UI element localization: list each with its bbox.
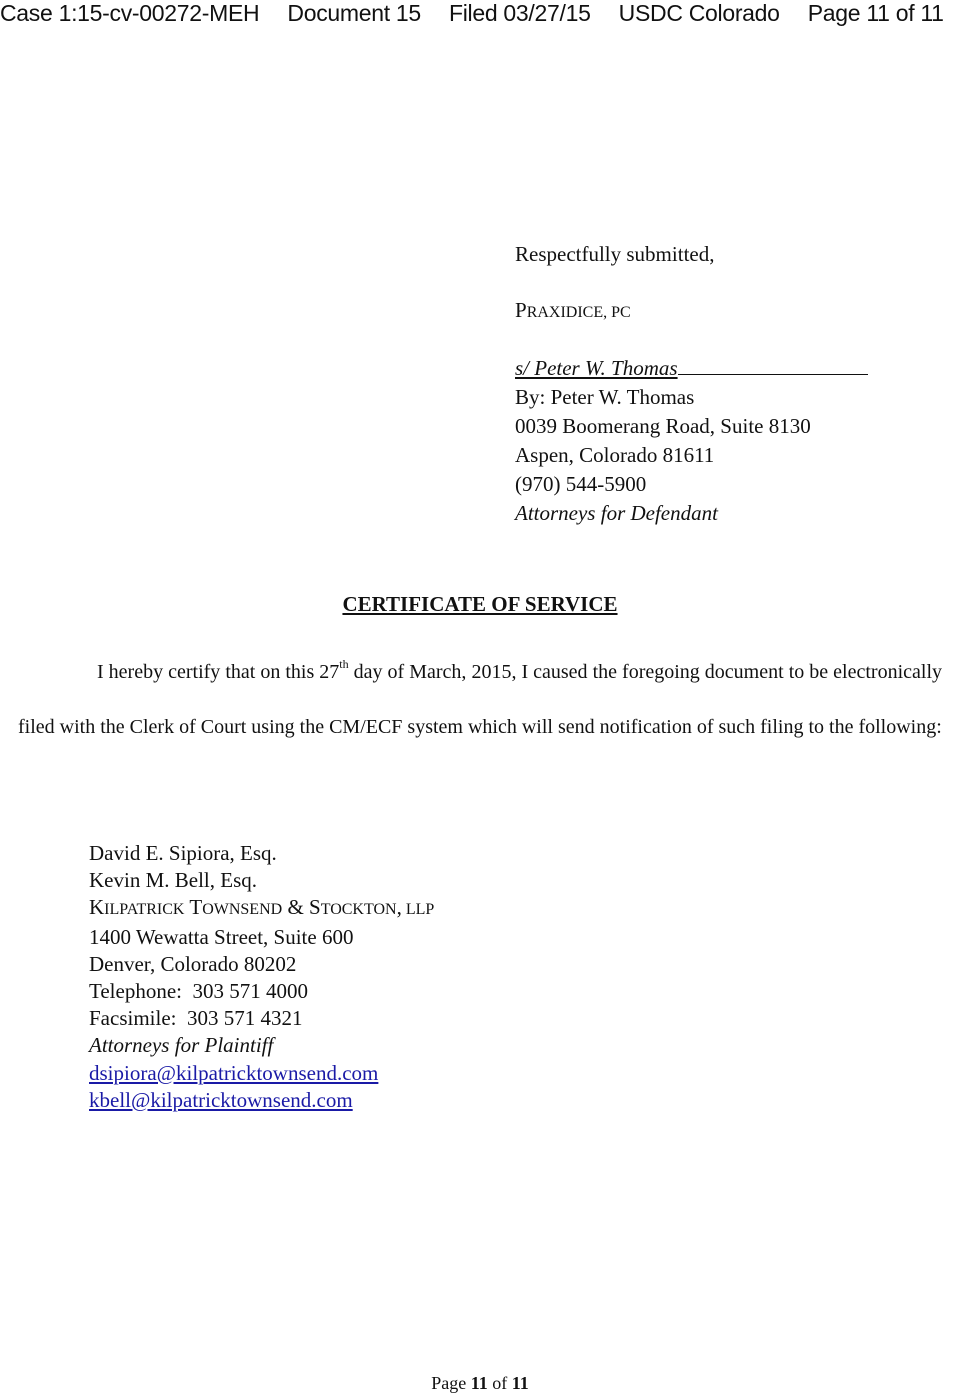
recipient-firm: KILPATRICK TOWNSEND & STOCKTON, LLP bbox=[89, 894, 589, 923]
ecf-header: Case 1:15-cv-00272-MEH Document 15 Filed… bbox=[0, 0, 960, 28]
by-line: By: Peter W. Thomas bbox=[515, 383, 935, 412]
email-link-sipiora[interactable]: dsipiora@kilpatricktownsend.com bbox=[89, 1061, 378, 1085]
signature-line bbox=[678, 358, 868, 375]
case-number: Case 1:15-cv-00272-MEH bbox=[0, 0, 259, 26]
header-page-count: Page 11 of 11 bbox=[808, 0, 944, 26]
service-recipients: David E. Sipiora, Esq. Kevin M. Bell, Es… bbox=[89, 840, 589, 1114]
address-line-1: 0039 Boomerang Road, Suite 8130 bbox=[515, 412, 935, 441]
certificate-paragraph: I hereby certify that on this 27th day o… bbox=[18, 645, 942, 755]
signature-block: Respectfully submitted, PRAXIDICE, PC s/… bbox=[515, 240, 935, 528]
address-line-2: Aspen, Colorado 81611 bbox=[515, 441, 935, 470]
filed-date: Filed 03/27/15 bbox=[449, 0, 591, 26]
recipient-facsimile: Facsimile: 303 571 4321 bbox=[89, 1005, 589, 1032]
firm-name: PRAXIDICE, PC bbox=[515, 296, 935, 327]
certificate-title: CERTIFICATE OF SERVICE bbox=[0, 592, 960, 617]
phone: (970) 544-5900 bbox=[515, 470, 935, 499]
email-link-bell[interactable]: kbell@kilpatricktownsend.com bbox=[89, 1088, 353, 1112]
court-name: USDC Colorado bbox=[619, 0, 780, 26]
closing: Respectfully submitted, bbox=[515, 240, 935, 269]
recipient-name-1: David E. Sipiora, Esq. bbox=[89, 840, 589, 867]
recipient-address-1: 1400 Wewatta Street, Suite 600 bbox=[89, 924, 589, 951]
total-pages: 11 bbox=[512, 1373, 529, 1393]
recipient-telephone: Telephone: 303 571 4000 bbox=[89, 978, 589, 1005]
recipient-address-2: Denver, Colorado 80202 bbox=[89, 951, 589, 978]
e-signature: s/ Peter W. Thomas bbox=[515, 354, 935, 383]
recipient-role: Attorneys for Plaintiff bbox=[89, 1032, 589, 1059]
document-number: Document 15 bbox=[287, 0, 421, 26]
page-footer: Page 11 of 11 bbox=[0, 1373, 960, 1394]
current-page: 11 bbox=[471, 1373, 488, 1393]
counsel-role: Attorneys for Defendant bbox=[515, 499, 935, 528]
recipient-name-2: Kevin M. Bell, Esq. bbox=[89, 867, 589, 894]
